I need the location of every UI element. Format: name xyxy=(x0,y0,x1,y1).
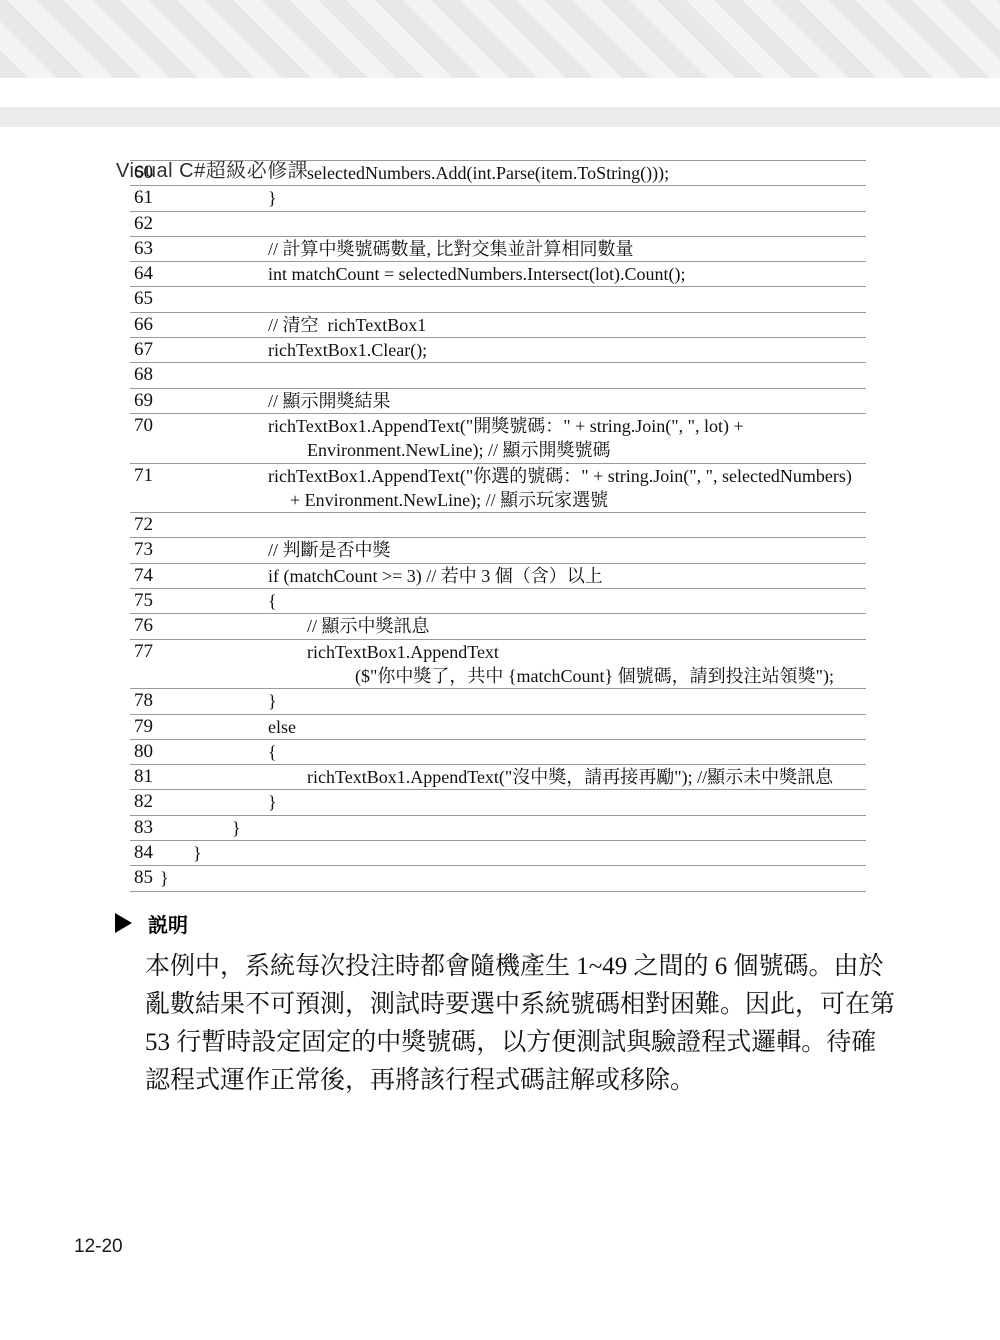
code-line: richTextBox1.AppendText("你選的號碼：" + strin… xyxy=(268,464,866,488)
code-line: { xyxy=(268,589,866,613)
code-line: + Environment.NewLine); // 顯示玩家選號 xyxy=(290,488,866,512)
code-line xyxy=(268,212,866,236)
code-row: 71richTextBox1.AppendText("你選的號碼：" + str… xyxy=(130,463,866,513)
code-line: } xyxy=(268,790,866,814)
paragraph-line: 亂數結果不可預測，測試時要選中系統號碼相對困難。因此，可在第 xyxy=(145,986,870,1024)
code-line: ($"你中獎了，共中 {matchCount} 個號碼，請到投注站領獎"); xyxy=(355,664,866,688)
code-row: 62 xyxy=(130,211,866,236)
line-number: 76 xyxy=(134,614,153,638)
code-row: 77richTextBox1.AppendText($"你中獎了，共中 {mat… xyxy=(130,639,866,689)
line-number: 74 xyxy=(134,564,153,588)
code-row: 85} xyxy=(130,865,866,890)
code-row: 61} xyxy=(130,185,866,210)
code-row: 72 xyxy=(130,512,866,537)
line-number: 73 xyxy=(134,538,153,562)
line-number: 72 xyxy=(134,513,153,537)
code-row: 76// 顯示中獎訊息 xyxy=(130,613,866,638)
header-divider-band xyxy=(0,107,1000,127)
page-number: 12-20 xyxy=(74,1236,123,1258)
line-number: 85 xyxy=(134,866,153,890)
code-row: 74if (matchCount >= 3) // 若中 3 個（含）以上 xyxy=(130,563,866,588)
code-row: 75{ xyxy=(130,588,866,613)
line-number: 65 xyxy=(134,287,153,311)
line-number: 64 xyxy=(134,262,153,286)
code-row: 65 xyxy=(130,286,866,311)
code-row: 63// 計算中獎號碼數量, 比對交集並計算相同數量 xyxy=(130,236,866,261)
code-row: 78} xyxy=(130,688,866,713)
explain-paragraph: 本例中，系統每次投注時都會隨機產生 1~49 之間的 6 個號碼。由於 亂數結果… xyxy=(145,948,870,1100)
line-number: 75 xyxy=(134,589,153,613)
code-row: 84} xyxy=(130,840,866,865)
code-line: } xyxy=(160,866,866,890)
line-number: 84 xyxy=(134,841,153,865)
paragraph-line: 認程式運作正常後，再將該行程式碼註解或移除。 xyxy=(145,1062,870,1100)
code-line: // 判斷是否中獎 xyxy=(268,538,866,562)
code-line: int matchCount = selectedNumbers.Interse… xyxy=(268,262,866,286)
code-line xyxy=(268,513,866,537)
code-line: // 顯示開獎結果 xyxy=(268,389,866,413)
code-row: 69// 顯示開獎結果 xyxy=(130,388,866,413)
code-line: } xyxy=(232,816,866,840)
triangle-marker-icon xyxy=(115,913,132,933)
code-line: // 清空 richTextBox1 xyxy=(268,313,866,337)
code-row: 67richTextBox1.Clear(); xyxy=(130,337,866,362)
line-number: 70 xyxy=(134,414,153,438)
line-number: 82 xyxy=(134,790,153,814)
line-number: 71 xyxy=(134,464,153,488)
code-line: } xyxy=(268,186,866,210)
line-number: 79 xyxy=(134,715,153,739)
code-row: 81richTextBox1.AppendText("沒中獎，請再接再勵"); … xyxy=(130,764,866,789)
code-line: } xyxy=(193,841,866,865)
code-row: 66// 清空 richTextBox1 xyxy=(130,312,866,337)
line-number: 69 xyxy=(134,389,153,413)
line-number: 61 xyxy=(134,186,153,210)
banner-stripes xyxy=(0,0,1000,78)
explain-heading-label: 説明 xyxy=(148,909,188,938)
code-row: 73// 判斷是否中獎 xyxy=(130,537,866,562)
line-number: 81 xyxy=(134,765,153,789)
line-number: 62 xyxy=(134,212,153,236)
code-row: 60selectedNumbers.Add(int.Parse(item.ToS… xyxy=(130,160,866,185)
code-row: 64int matchCount = selectedNumbers.Inter… xyxy=(130,261,866,286)
code-line: if (matchCount >= 3) // 若中 3 個（含）以上 xyxy=(268,564,866,588)
code-row: 82} xyxy=(130,789,866,814)
code-line: { xyxy=(268,740,866,764)
code-line xyxy=(268,287,866,311)
code-line: else xyxy=(268,715,866,739)
paragraph-line: 53 行暫時設定固定的中獎號碼，以方便測試與驗證程式邏輯。待確 xyxy=(145,1024,870,1062)
paragraph-line: 本例中，系統每次投注時都會隨機產生 1~49 之間的 6 個號碼。由於 xyxy=(145,948,870,986)
line-number: 67 xyxy=(134,338,153,362)
code-line: richTextBox1.AppendText xyxy=(307,640,866,664)
code-line xyxy=(268,363,866,387)
line-number: 63 xyxy=(134,237,153,261)
code-line: richTextBox1.AppendText("沒中獎，請再接再勵"); //… xyxy=(307,765,866,789)
code-line: // 顯示中獎訊息 xyxy=(307,614,866,638)
code-row: 83} xyxy=(130,815,866,840)
page-header: Visual C#超級必修課 xyxy=(0,78,1000,106)
code-row: 80{ xyxy=(130,739,866,764)
code-line: selectedNumbers.Add(int.Parse(item.ToStr… xyxy=(307,161,866,185)
code-row: 68 xyxy=(130,362,866,387)
code-listing: 60selectedNumbers.Add(int.Parse(item.ToS… xyxy=(130,160,866,892)
code-line: richTextBox1.Clear(); xyxy=(268,338,866,362)
line-number: 66 xyxy=(134,313,153,337)
code-row: 70richTextBox1.AppendText("開獎號碼：" + stri… xyxy=(130,413,866,463)
line-number: 80 xyxy=(134,740,153,764)
line-number: 78 xyxy=(134,689,153,713)
code-line: } xyxy=(268,689,866,713)
line-number: 68 xyxy=(134,363,153,387)
line-number: 83 xyxy=(134,816,153,840)
line-number: 77 xyxy=(134,640,153,664)
line-number: 60 xyxy=(134,161,153,185)
explain-heading: 説明 xyxy=(115,910,188,936)
code-line: // 計算中獎號碼數量, 比對交集並計算相同數量 xyxy=(268,237,866,261)
code-line: richTextBox1.AppendText("開獎號碼：" + string… xyxy=(268,414,866,438)
code-line: Environment.NewLine); // 顯示開獎號碼 xyxy=(307,438,866,462)
code-row: 79else xyxy=(130,714,866,739)
